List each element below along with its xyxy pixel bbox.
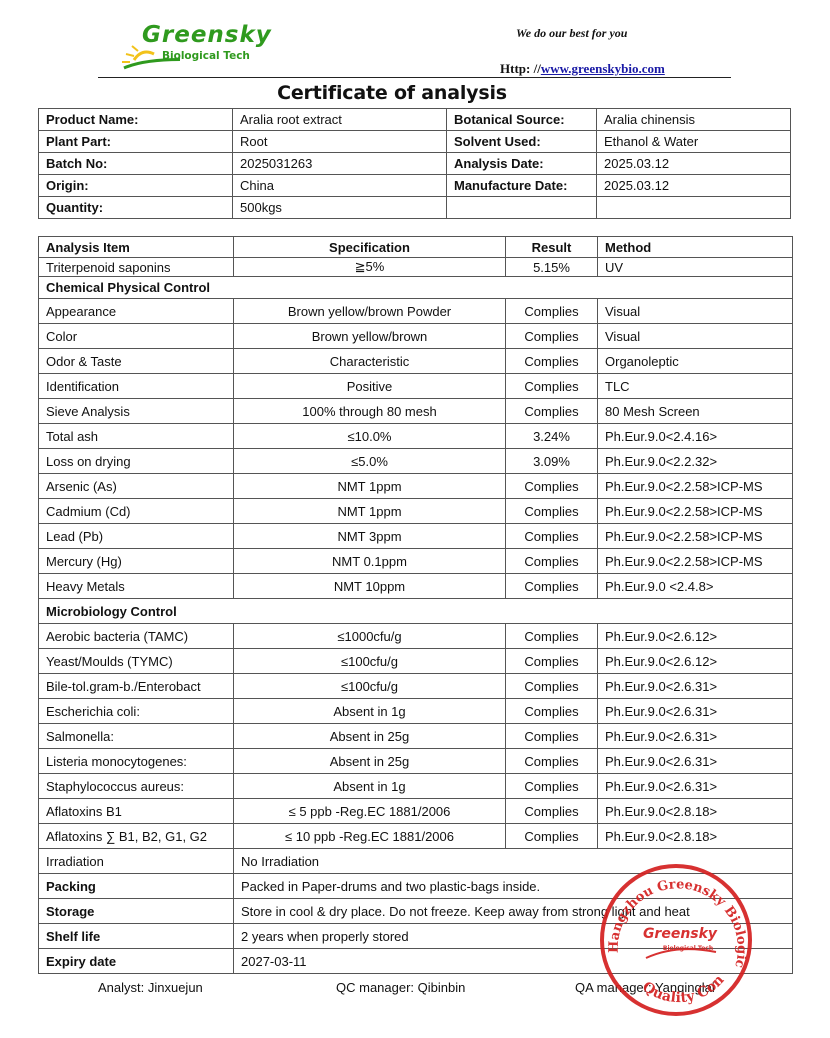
result: Complies [506,724,598,749]
method: Ph.Eur.9.0<2.6.12> [598,624,793,649]
table-row: Arsenic (As)NMT 1ppmCompliesPh.Eur.9.0<2… [39,474,793,499]
assay-row: Triterpenoid saponins≧5%5.15%UV [39,258,793,277]
result: Complies [506,399,598,424]
specification: 100% through 80 mesh [234,399,506,424]
info-label: Quantity: [39,197,233,219]
info-label: Product Name: [39,109,233,131]
section-row: Chemical Physical Control [39,277,793,299]
specification: NMT 0.1ppm [234,549,506,574]
specification: Characteristic [234,349,506,374]
company-logo: Greensky Biological Tech [120,20,260,75]
method: Ph.Eur.9.0 <2.4.8> [598,574,793,599]
analysis-item: Color [39,324,234,349]
info-label: Analysis Date: [447,153,597,175]
method: Ph.Eur.9.0<2.2.58>ICP-MS [598,499,793,524]
table-row: Bile-tol.gram-b./Enterobact≤100cfu/gComp… [39,674,793,699]
specification: ≧5% [234,258,506,277]
analysis-item: Aerobic bacteria (TAMC) [39,624,234,649]
info-label: Manufacture Date: [447,175,597,197]
info-label: Solvent Used: [447,131,597,153]
info-value: 2025031263 [233,153,447,175]
result: Complies [506,374,598,399]
table-row: Mercury (Hg)NMT 0.1ppmCompliesPh.Eur.9.0… [39,549,793,574]
table-row: Escherichia coli:Absent in 1gCompliesPh.… [39,699,793,724]
slogan: We do our best for you [516,26,627,41]
method: Ph.Eur.9.0<2.6.31> [598,724,793,749]
method: Visual [598,299,793,324]
info-row: Batch No:2025031263Analysis Date:2025.03… [39,153,791,175]
header-result: Result [506,237,598,258]
specification: NMT 1ppm [234,474,506,499]
section-row: Microbiology Control [39,599,793,624]
result: Complies [506,699,598,724]
info-value: Aralia root extract [233,109,447,131]
result: 5.15% [506,258,598,277]
analysis-item: Appearance [39,299,234,324]
table-row: Salmonella:Absent in 25gCompliesPh.Eur.9… [39,724,793,749]
table-row: Odor & TasteCharacteristicCompliesOrgano… [39,349,793,374]
specification: Absent in 1g [234,774,506,799]
analysis-item: Total ash [39,424,234,449]
analysis-item: Triterpenoid saponins [39,258,234,277]
table-row: Sieve Analysis100% through 80 meshCompli… [39,399,793,424]
method: Organoleptic [598,349,793,374]
info-label: Batch No: [39,153,233,175]
method: Ph.Eur.9.0<2.2.58>ICP-MS [598,474,793,499]
table-row: Lead (Pb)NMT 3ppmCompliesPh.Eur.9.0<2.2.… [39,524,793,549]
method: Ph.Eur.9.0<2.6.12> [598,649,793,674]
footer-label: Packing [39,874,234,899]
website: Http: //www.greenskybio.com [500,61,665,77]
analysis-item: Sieve Analysis [39,399,234,424]
result: Complies [506,549,598,574]
logo-wordmark: Greensky [142,22,272,48]
specification: Absent in 1g [234,699,506,724]
svg-text:Hangzhou Greensky Biological T: Hangzhou Greensky Biological Tech. Co.,L… [596,858,749,969]
header-divider [98,77,731,78]
specification: NMT 10ppm [234,574,506,599]
info-label: Plant Part: [39,131,233,153]
method: UV [598,258,793,277]
table-row: Aflatoxins B1≤ 5 ppb -Reg.EC 1881/2006Co… [39,799,793,824]
info-value: Ethanol & Water [597,131,791,153]
result: Complies [506,574,598,599]
info-label [447,197,597,219]
table-row: ColorBrown yellow/brownCompliesVisual [39,324,793,349]
table-row: Total ash≤10.0%3.24%Ph.Eur.9.0<2.4.16> [39,424,793,449]
table-header-row: Analysis ItemSpecificationResultMethod [39,237,793,258]
specification: Absent in 25g [234,749,506,774]
result: Complies [506,624,598,649]
info-row: Product Name:Aralia root extractBotanica… [39,109,791,131]
specification: Absent in 25g [234,724,506,749]
analysis-item: Aflatoxins ∑ B1, B2, G1, G2 [39,824,234,849]
irradiation-label: Irradiation [39,849,234,874]
method: 80 Mesh Screen [598,399,793,424]
method: Ph.Eur.9.0<2.6.31> [598,774,793,799]
table-row: Cadmium (Cd)NMT 1ppmCompliesPh.Eur.9.0<2… [39,499,793,524]
product-info-table: Product Name:Aralia root extractBotanica… [38,108,791,219]
specification: NMT 1ppm [234,499,506,524]
result: Complies [506,474,598,499]
header-specification: Specification [234,237,506,258]
analysis-item: Heavy Metals [39,574,234,599]
result: Complies [506,749,598,774]
analysis-item: Salmonella: [39,724,234,749]
info-row: Plant Part:RootSolvent Used:Ethanol & Wa… [39,131,791,153]
result: Complies [506,774,598,799]
specification: Positive [234,374,506,399]
analysis-item: Escherichia coli: [39,699,234,724]
table-row: Aerobic bacteria (TAMC)≤1000cfu/gComplie… [39,624,793,649]
specification: ≤5.0% [234,449,506,474]
analysis-item: Aflatoxins B1 [39,799,234,824]
result: Complies [506,499,598,524]
specification: ≤ 5 ppb -Reg.EC 1881/2006 [234,799,506,824]
info-value: 500kgs [233,197,447,219]
result: Complies [506,824,598,849]
analysis-item: Staphylococcus aureus: [39,774,234,799]
specification: ≤ 10 ppb -Reg.EC 1881/2006 [234,824,506,849]
result: Complies [506,674,598,699]
info-label: Origin: [39,175,233,197]
method: Ph.Eur.9.0<2.4.16> [598,424,793,449]
result: Complies [506,649,598,674]
logo-subtitle: Biological Tech [162,50,250,62]
method: Visual [598,324,793,349]
table-row: Heavy MetalsNMT 10ppmCompliesPh.Eur.9.0 … [39,574,793,599]
section-title: Microbiology Control [39,599,793,624]
method: Ph.Eur.9.0<2.2.58>ICP-MS [598,549,793,574]
info-value: China [233,175,447,197]
qc-manager-signature: QC manager: Qibinbin [336,980,465,995]
result: Complies [506,349,598,374]
method: Ph.Eur.9.0<2.6.31> [598,699,793,724]
method: Ph.Eur.9.0<2.8.18> [598,799,793,824]
analysis-item: Bile-tol.gram-b./Enterobact [39,674,234,699]
analysis-item: Listeria monocytogenes: [39,749,234,774]
analysis-item: Identification [39,374,234,399]
table-row: Loss on drying≤5.0%3.09%Ph.Eur.9.0<2.2.3… [39,449,793,474]
specification: Brown yellow/brown Powder [234,299,506,324]
method: Ph.Eur.9.0<2.2.32> [598,449,793,474]
analysis-item: Cadmium (Cd) [39,499,234,524]
footer-label: Expiry date [39,949,234,974]
table-row: Aflatoxins ∑ B1, B2, G1, G2≤ 10 ppb -Reg… [39,824,793,849]
info-row: Origin:ChinaManufacture Date:2025.03.12 [39,175,791,197]
website-prefix: Http: // [500,61,541,76]
info-value [597,197,791,219]
info-value: 2025.03.12 [597,175,791,197]
method: Ph.Eur.9.0<2.8.18> [598,824,793,849]
footer-label: Storage [39,899,234,924]
page-title: Certificate of analysis [0,82,784,104]
info-row: Quantity:500kgs [39,197,791,219]
table-row: IdentificationPositiveCompliesTLC [39,374,793,399]
header-analysis-item: Analysis Item [39,237,234,258]
footer-label: Shelf life [39,924,234,949]
analysis-item: Mercury (Hg) [39,549,234,574]
quality-control-stamp-icon: Hangzhou Greensky Biological Tech. Co.,L… [596,858,756,1018]
info-label: Botanical Source: [447,109,597,131]
table-row: Staphylococcus aureus:Absent in 1gCompli… [39,774,793,799]
specification: ≤10.0% [234,424,506,449]
result: Complies [506,324,598,349]
svg-text:Greensky: Greensky [643,926,718,942]
info-value: 2025.03.12 [597,153,791,175]
result: Complies [506,524,598,549]
info-value: Aralia chinensis [597,109,791,131]
specification: ≤1000cfu/g [234,624,506,649]
header-method: Method [598,237,793,258]
analysis-item: Odor & Taste [39,349,234,374]
analysis-item: Arsenic (As) [39,474,234,499]
result: 3.24% [506,424,598,449]
analyst-signature: Analyst: Jinxuejun [98,980,203,995]
info-value: Root [233,131,447,153]
method: Ph.Eur.9.0<2.6.31> [598,749,793,774]
method: Ph.Eur.9.0<2.6.31> [598,674,793,699]
analysis-item: Loss on drying [39,449,234,474]
result: Complies [506,799,598,824]
section-title: Chemical Physical Control [39,277,793,299]
specification: NMT 3ppm [234,524,506,549]
method: TLC [598,374,793,399]
table-row: AppearanceBrown yellow/brown PowderCompl… [39,299,793,324]
analysis-item: Yeast/Moulds (TYMC) [39,649,234,674]
website-link[interactable]: www.greenskybio.com [541,61,665,76]
table-row: Listeria monocytogenes:Absent in 25gComp… [39,749,793,774]
specification: ≤100cfu/g [234,649,506,674]
specification: ≤100cfu/g [234,674,506,699]
result: Complies [506,299,598,324]
method: Ph.Eur.9.0<2.2.58>ICP-MS [598,524,793,549]
specification: Brown yellow/brown [234,324,506,349]
table-row: Yeast/Moulds (TYMC)≤100cfu/gCompliesPh.E… [39,649,793,674]
analysis-item: Lead (Pb) [39,524,234,549]
result: 3.09% [506,449,598,474]
